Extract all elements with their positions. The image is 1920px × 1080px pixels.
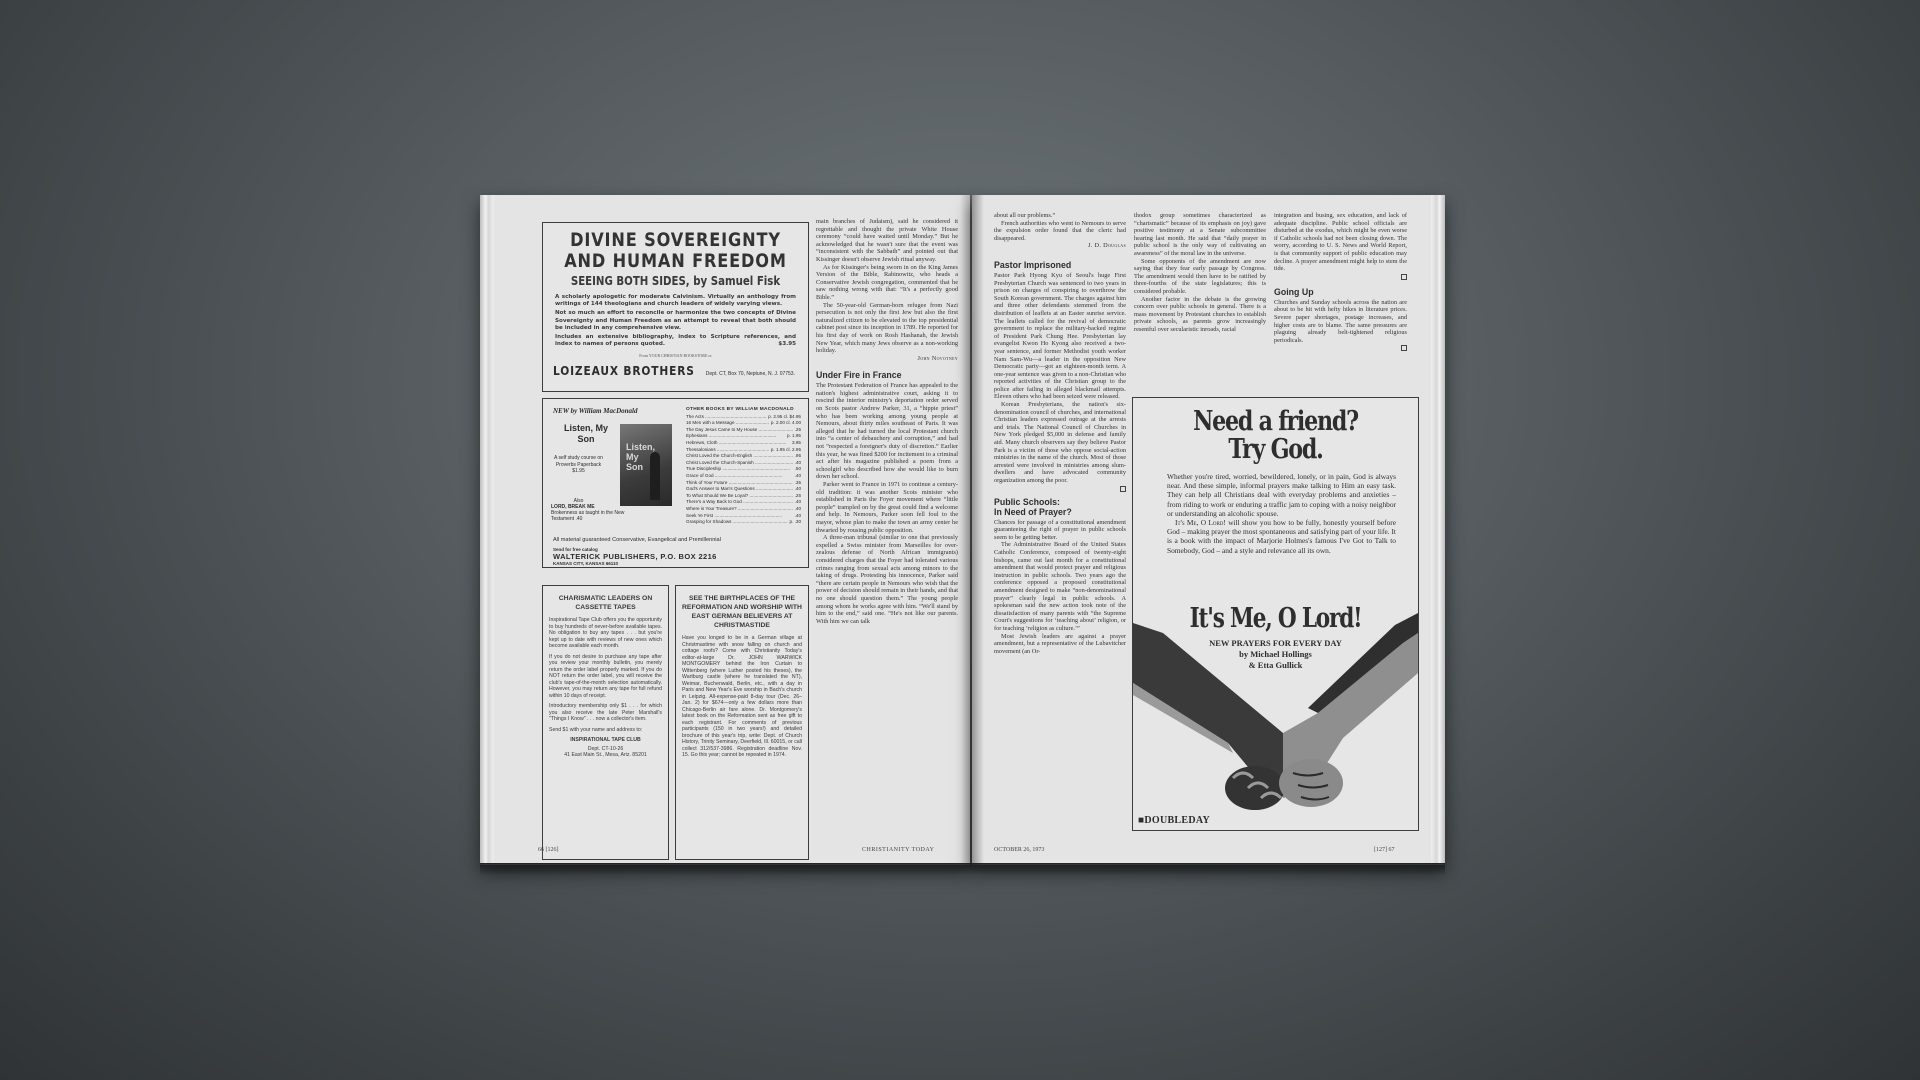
publisher-address: Dept. CT, Box 70, Neptune, N. J. 07753. [706,371,795,377]
article-paragraph: Korean Presbyterians, the nation's six-d… [994,401,1126,485]
article-column: about all our problems.” French authorit… [994,212,1126,655]
ad-subhead: SEEING BOTH SIDES, by Samuel Fisk [563,274,788,288]
book-subtitle: NEW PRAYERS FOR EVERY DAY by Michael Hol… [1133,638,1418,671]
club-address: 41 East Main St., Mesa, Ariz. 85201 [543,752,668,759]
publisher-name: LOIZEAUX BROTHERS [553,363,695,378]
left-page: DIVINE SOVEREIGNTY AND HUMAN FREEDOM SEE… [480,195,970,865]
section-heading: Under Fire in France [816,370,958,380]
book-list-item: God's Answer to Man's Questions.40 [686,486,801,493]
book-list-title: To What Should We Be Loyal? [686,493,793,500]
page-number: 66 [126] [538,847,559,853]
book-list-title: Hebrews, Cloth [686,440,790,447]
ad-paragraph: Includes an extensive bibliography, inde… [555,334,796,347]
ad-headline: DIVINE SOVEREIGNTY AND HUMAN FREEDOM [563,230,788,272]
article-column: integration and busing, sex education, a… [1274,212,1407,351]
article-paragraph: Some opponents of the amendment are now … [1134,258,1266,296]
running-footer: CHRISTIANITY TODAY [862,847,935,853]
book-list-item: Grasping for Shadowsp. .30 [686,519,801,526]
ad-paragraph: Not so much an effort to reconcile or ha… [555,310,796,332]
book-list-item: 16 Men with a Messagep. 2.00 cl. 4.00 [686,420,801,427]
ad-paragraph: Introductory membership only $1 . . . fo… [549,703,662,723]
book-list-title: Thessalonians [686,447,769,454]
cover-text: Listen, My Son [626,442,652,472]
book-list-price: 3.95 [790,440,801,447]
right-page: about all our problems.” French authorit… [972,195,1445,865]
article-paragraph: Chances for passage of a constitutional … [994,519,1126,542]
page-number: [127] 67 [1374,847,1395,853]
book-list-title: Grace of God [686,473,793,480]
article-paragraph: Churches and Sunday schools across the n… [1274,299,1407,345]
article-paragraph: Most Jewish leaders are against a prayer… [994,633,1126,656]
ad-inspirational-tape-club: CHARISMATIC LEADERS ON CASSETTE TAPES In… [542,585,669,860]
ad-price: $3.95 [778,341,796,348]
ad-reformation-tour: SEE THE BIRTHPLACES OF THE REFORMATION A… [675,585,809,860]
book-title: Listen, My Son [561,423,611,445]
book-list-title: Ephesians [686,433,785,440]
article-paragraph: about all our problems.” [994,212,1126,220]
end-mark-icon [1401,345,1407,351]
ad-paragraph: It's Me, O Lord! will show you how to be… [1167,518,1396,555]
book-list-price: .95 [793,453,801,460]
book-list-title: Christ Loved the Church-English [686,453,793,460]
book-list-price: p. 1.95 cl. 2.95 [769,447,801,454]
book-list-price: p. 2.95 cl. $4.95 [766,414,801,421]
book-list-price: .40 [793,460,801,467]
subtitle-line: NEW PRAYERS FOR EVERY DAY [1133,638,1418,649]
article-paragraph: Another factor in the debate is the grow… [1134,296,1266,334]
section-heading: Going Up [1274,287,1407,297]
book-list-item: True Discipleship.50 [686,466,801,473]
book-list-price: p. 1.95 [785,433,801,440]
ad-bookstore-line: From YOUR CHRISTIAN BOOKSTORE or [543,353,808,358]
book-list-price: .25 [793,427,801,434]
book-list-item: To What Should We Be Loyal?.25 [686,493,801,500]
article-paragraph: main branches of Judaism), said he consi… [816,218,958,264]
publisher-city: KANSAS CITY, KANSAS 66110 [553,561,618,566]
ad-headline: SEE THE BIRTHPLACES OF THE REFORMATION A… [680,594,804,630]
book-list-price: .35 [793,480,801,487]
book-list-item: Ephesiansp. 1.95 [686,433,801,440]
section-heading: Pastor Imprisoned [994,260,1126,270]
ad-body: Have you longed to be in a German villag… [682,635,802,759]
article-paragraph: French authorities who went to Nemours t… [994,220,1126,243]
article-column: main branches of Judaism), said he consi… [816,218,958,625]
book-title: It's Me, O Lord! [1162,603,1390,634]
book-list-title: Seek Ye First [686,513,793,520]
other-books-heading: OTHER BOOKS BY WILLIAM MACDONALD [686,407,801,414]
publisher-name: WALTERICK PUBLISHERS, P.O. BOX 2216 [553,552,717,561]
book-list-item: The Day Jesus Came to My House.25 [686,427,801,434]
ad-loizeaux-brothers: DIVINE SOVEREIGNTY AND HUMAN FREEDOM SEE… [542,222,809,392]
book-description: A self study course on Proverbs Paperbac… [551,455,606,475]
byline: J. D. Douglas [994,242,1126,250]
book-list-title: The Acts [686,414,766,421]
book-list-price: .40 [793,513,801,520]
also-description: Brokenness as taught in the New Testamen… [551,510,626,522]
magazine-spread: DIVINE SOVEREIGNTY AND HUMAN FREEDOM SEE… [480,195,1445,870]
publisher-logo: ■DOUBLEDAY [1138,815,1210,826]
book-list-title: 16 Men with a Message [686,420,769,427]
end-mark-icon [1120,486,1126,492]
book-list-item: The Actsp. 2.95 cl. $4.95 [686,414,801,421]
book-list-price: .40 [793,473,801,480]
book-list-title: Christ Loved the Church-Spanish [686,460,793,467]
ad-paragraph: Whether you're tired, worried, bewildere… [1167,472,1396,518]
book-list-price: p. 2.00 cl. 4.00 [769,420,801,427]
article-paragraph: Parker went to France in 1971 to continu… [816,481,958,534]
book-list-title: Grasping for Shadows [686,519,788,526]
guarantee-line: All material guaranteed Conservative, Ev… [553,537,721,543]
article-column: thodox group sometimes characterized as … [1134,212,1266,334]
article-paragraph: As for Kissinger's being sworn in on the… [816,264,958,302]
ad-paragraph: If you do not desire to purchase any tap… [549,654,662,700]
article-paragraph: The 50-year-old German-born refugee from… [816,302,958,355]
book-list-price: p. .30 [788,519,802,526]
book-list-title: Think of Your Future [686,480,793,487]
ad-walterick-publishers: NEW by William MacDonald Listen, My Son … [542,398,809,568]
authors-line: by Michael Hollings [1133,649,1418,660]
book-list-item: Christ Loved the Church-English.95 [686,453,801,460]
article-paragraph: The Protestant Federation of France has … [816,382,958,481]
book-list-title: True Discipleship [686,466,793,473]
book-list-item: Thessaloniansp. 1.95 cl. 2.95 [686,447,801,454]
section-heading: Public Schools:In Need of Prayer? [994,497,1126,517]
ad-paragraph: Send $1 with your name and address to: [549,727,662,734]
book-list-item: Seek Ye First.40 [686,513,801,520]
authors-line: & Etta Gullick [1133,660,1418,671]
book-list-price: .25 [793,493,801,500]
book-list-price: .40 [793,499,801,506]
book-list-title: There's a Way Back to God [686,499,793,506]
also-block: Also LORD, BREAK ME Brokenness as taught… [551,498,626,522]
book-list-title: Where is Your Treasure? [686,506,793,513]
ad-headline: Need a friend? Try God. [1159,408,1393,464]
book-list-price: .40 [793,486,801,493]
book-list-item: Where is Your Treasure?.40 [686,506,801,513]
book-list-price: .40 [793,506,801,513]
book-list-item: Grace of God.40 [686,473,801,480]
book-list-title: The Day Jesus Came to My House [686,427,793,434]
book-list-item: Christ Loved the Church-Spanish.40 [686,460,801,467]
club-name: INSPIRATIONAL TAPE CLUB [543,737,668,744]
byline: John Novotney [816,355,958,363]
end-mark-icon [1401,274,1407,280]
ad-paragraph: A scholarly apologetic for moderate Calv… [555,294,796,308]
article-paragraph: The Administrative Board of the United S… [994,541,1126,632]
issue-date: OCTOBER 26, 1973 [994,847,1044,853]
article-paragraph: thodox group sometimes characterized as … [1134,212,1266,258]
ad-paragraph: Inspirational Tape Club offers you the o… [549,617,662,650]
book-cover-image: Listen, My Son [620,424,672,506]
book-list-item: There's a Way Back to God.40 [686,499,801,506]
book-list-title: God's Answer to Man's Questions [686,486,793,493]
book-list-item: Think of Your Future.35 [686,480,801,487]
ad-headline: CHARISMATIC LEADERS ON CASSETTE TAPES [547,594,664,612]
article-paragraph: A three-man tribunal (similar to one tha… [816,534,958,625]
ad-new-by: NEW by William MacDonald [553,407,637,415]
article-paragraph: integration and busing, sex education, a… [1274,212,1407,273]
book-list-item: Hebrews, Cloth3.95 [686,440,801,447]
article-paragraph: Pastor Park Hyong Kyu of Seoul's huge Fi… [994,272,1126,401]
ad-doubleday-its-me-o-lord: Need a friend? Try God. Whether you're t… [1132,397,1419,831]
other-books-list: OTHER BOOKS BY WILLIAM MACDONALD The Act… [686,407,801,526]
book-list-price: .50 [793,466,801,473]
